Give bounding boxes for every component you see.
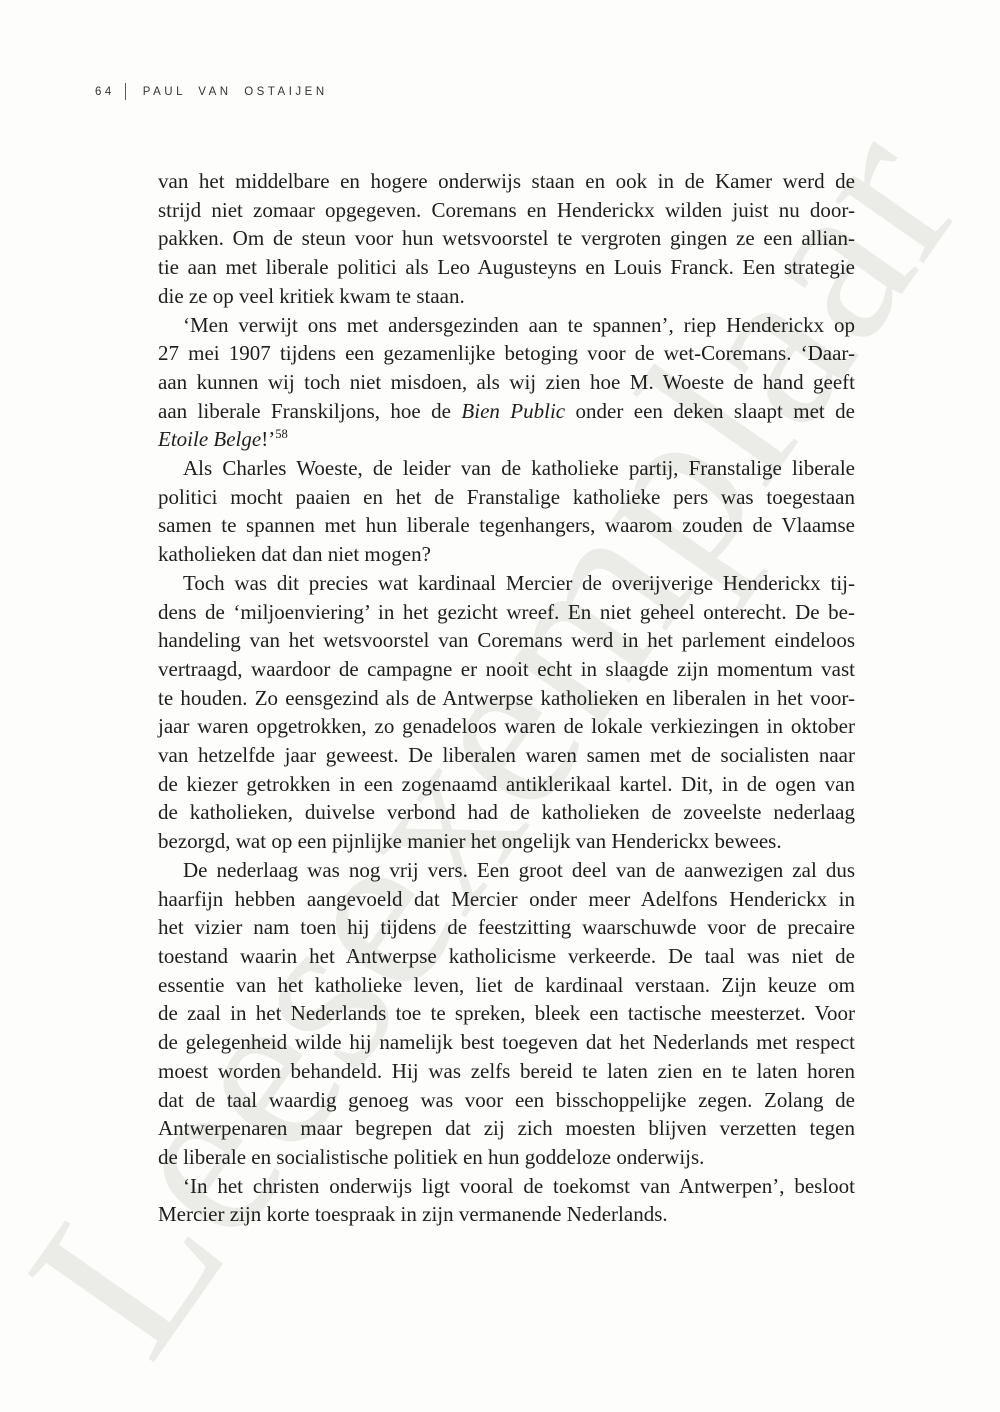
text-line: handeling van het wetsvoorstel van Corem… [158,626,855,655]
page-number: 64 [95,86,125,98]
text-line: samen te spannen met hun liberale tegenh… [158,511,855,540]
text-line: toestand waarin het Antwerpse katholicis… [158,942,855,971]
text-line: de kiezer getrokken in een zogenaamd ant… [158,770,855,799]
text-line: tie aan met liberale politici als Leo Au… [158,253,855,282]
text-line: De nederlaag was nog vrij vers. Een groo… [158,856,855,885]
text-line: Mercier zijn korte toespraak in zijn ver… [158,1200,855,1229]
text-line: ‘In het christen onderwijs ligt vooral d… [158,1172,855,1201]
body-text: van het middelbare en hogere onderwijs s… [158,167,855,1229]
footnote-reference: 58 [275,427,288,441]
text-line: de liberale en socialistische politiek e… [158,1143,855,1172]
text-line: de katholieken, duivelse verbond had de … [158,798,855,827]
text-line: die ze op veel kritiek kwam te staan. [158,282,855,311]
text-line: de zaal in het Nederlands toe te spreken… [158,999,855,1028]
text-line: politici mocht paaien en het de Franstal… [158,483,855,512]
text-line: Toch was dit precies wat kardinaal Merci… [158,569,855,598]
text-line: dens de ‘miljoenviering’ in het gezicht … [158,598,855,627]
text-line: van hetzelfde jaar geweest. De liberalen… [158,741,855,770]
text-line: bezorgd, wat op een pijnlijke manier het… [158,827,855,856]
text-line: vertraagd, waardoor de campagne er nooit… [158,655,855,684]
paragraph: Als Charles Woeste, de leider van de kat… [158,454,855,569]
paragraph: ‘Men verwijt ons met andersgezinden aan … [158,311,855,455]
text-line: van het middelbare en hogere onderwijs s… [158,167,855,196]
text-line: Als Charles Woeste, de leider van de kat… [158,454,855,483]
text-line: Etoile Belge!’58 [158,425,855,454]
text-line: katholieken dat dan niet mogen? [158,540,855,569]
text-line: pakken. Om de steun voor hun wetsvoorste… [158,224,855,253]
book-page: Leesexemplaar 64 PAUL VAN OSTAIJEN van h… [0,0,1000,1412]
text-line: essentie van het katholieke leven, liet … [158,971,855,1000]
text-line: dat de taal waardig genoeg was voor een … [158,1086,855,1115]
paragraph: van het middelbare en hogere onderwijs s… [158,167,855,311]
text-line: ‘Men verwijt ons met andersgezinden aan … [158,311,855,340]
text-line: moest worden behandeld. Hij was zelfs be… [158,1057,855,1086]
paragraph: Toch was dit precies wat kardinaal Merci… [158,569,855,856]
text-line: de gelegenheid wilde hij namelijk best t… [158,1028,855,1057]
running-title: PAUL VAN OSTAIJEN [143,86,328,98]
text-line: strijd niet zomaar opgegeven. Coremans e… [158,196,855,225]
text-line: haarfijn hebben aangevoeld dat Mercier o… [158,885,855,914]
text-line: 27 mei 1907 tijdens een gezamenlijke bet… [158,339,855,368]
page-header: 64 PAUL VAN OSTAIJEN [95,83,328,100]
text-line: aan kunnen wij toch niet misdoen, als wi… [158,368,855,397]
paragraph: De nederlaag was nog vrij vers. Een groo… [158,856,855,1172]
text-line: jaar waren opgetrokken, zo genadeloos wa… [158,712,855,741]
text-line: Antwerpenaren maar begrepen dat zij zich… [158,1114,855,1143]
text-line: het vizier nam toen hij tijdens de feest… [158,913,855,942]
text-line: aan liberale Franskiljons, hoe de Bien P… [158,397,855,426]
header-divider [125,83,126,100]
paragraph: ‘In het christen onderwijs ligt vooral d… [158,1172,855,1229]
text-line: te houden. Zo eensgezind als de Antwerps… [158,684,855,713]
